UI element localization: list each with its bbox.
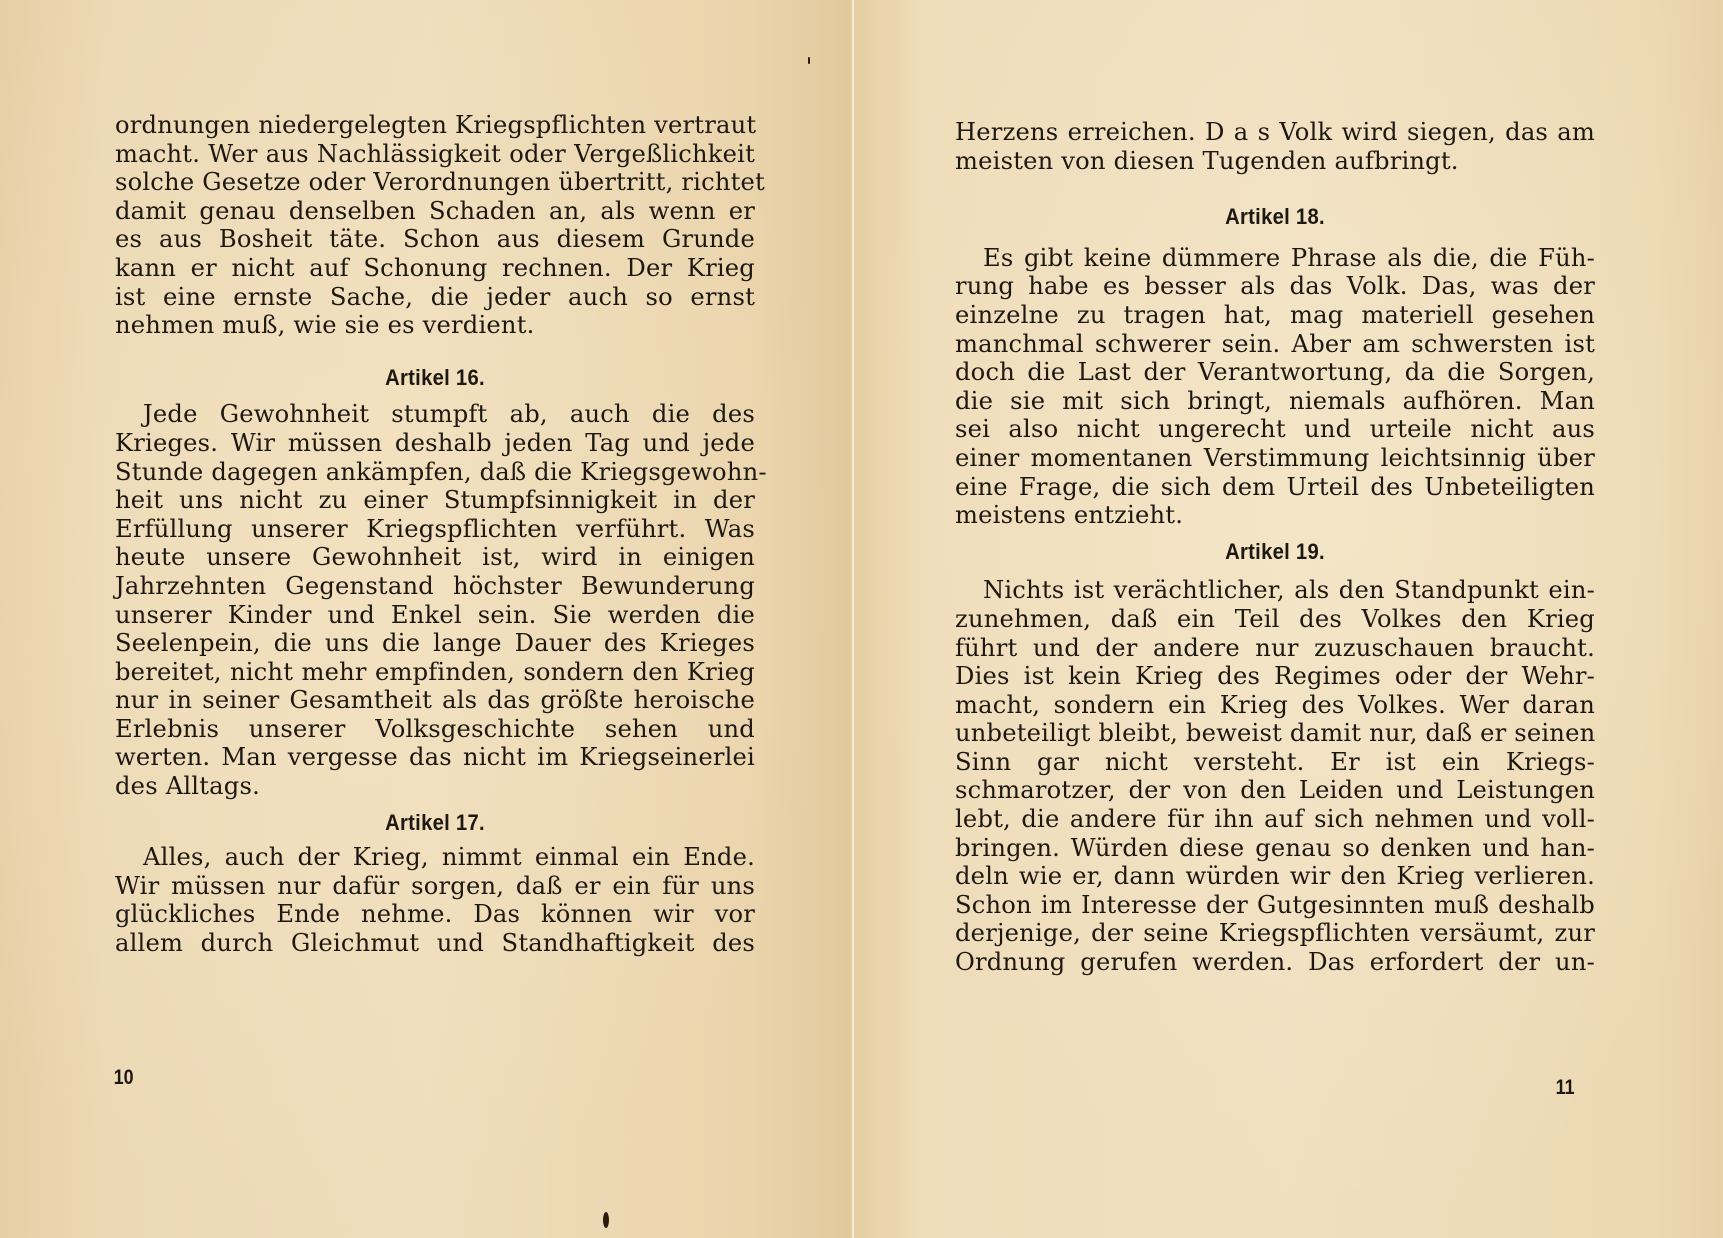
text-line: Ordnung gerufen werden. Das erfordert de… bbox=[955, 948, 1595, 977]
text-line: nur in seiner Gesamtheit als das größte … bbox=[115, 686, 755, 715]
text-line: einzelne zu tragen hat, mag materiell ge… bbox=[955, 301, 1595, 330]
article-heading-18: Artikel 18. bbox=[981, 203, 1570, 232]
text-line: bereitet, nicht mehr empfinden, sondern … bbox=[115, 658, 755, 687]
text-line: Erfüllung unserer Kriegspflichten verfüh… bbox=[115, 515, 755, 544]
text-line: macht. Wer aus Nachlässigkeit oder Verge… bbox=[115, 140, 755, 169]
text-line: Sinn gar nicht versteht. Er ist ein Krie… bbox=[955, 748, 1595, 777]
text-line: meistens entzieht. bbox=[955, 501, 1595, 530]
center-fold bbox=[851, 0, 855, 1238]
text-line: solche Gesetze oder Verordnungen übertri… bbox=[115, 168, 755, 197]
text-line: eine Frage, die sich dem Urteil des Unbe… bbox=[955, 473, 1595, 502]
text-line: sei also nicht ungerecht und urteile nic… bbox=[955, 415, 1595, 444]
right-page: Herzens erreichen. D a s Volk wird siege… bbox=[853, 0, 1723, 1238]
article-heading-16: Artikel 16. bbox=[141, 364, 730, 393]
article-heading-17: Artikel 17. bbox=[141, 809, 730, 838]
text-line: einer momentanen Verstimmung leichtsinni… bbox=[955, 444, 1595, 473]
text-line: unbeteiligt bleibt, beweist damit nur, d… bbox=[955, 719, 1595, 748]
text-line: Stunde dagegen ankämpfen, daß die Kriegs… bbox=[115, 458, 755, 487]
text-line: heit uns nicht zu einer Stumpfsinnigkeit… bbox=[115, 486, 755, 515]
text-line: nehmen muß, wie sie es verdient. bbox=[115, 311, 755, 340]
text-line: schmarotzer, der von den Leiden und Leis… bbox=[955, 776, 1595, 805]
text-line: ist eine ernste Sache, die jeder auch so… bbox=[115, 283, 755, 312]
text-line: werten. Man vergesse das nicht im Kriegs… bbox=[115, 743, 755, 772]
text-line: derjenige, der seine Kriegspflichten ver… bbox=[955, 919, 1595, 948]
text-line: des Alltags. bbox=[115, 772, 755, 801]
left-page: ordnungen niedergelegten Kriegspflichten… bbox=[0, 0, 853, 1238]
text-line: Erlebnis unserer Volksgeschichte sehen u… bbox=[115, 715, 755, 744]
text-line: lebt, die andere für ihn auf sich nehmen… bbox=[955, 805, 1595, 834]
text-line: rung habe es besser als das Volk. Das, w… bbox=[955, 272, 1595, 301]
text-line: damit genau denselben Schaden an, als we… bbox=[115, 197, 755, 226]
text-line: Dies ist kein Krieg des Regimes oder der… bbox=[955, 662, 1595, 691]
text-line: meisten von diesen Tugenden aufbringt. bbox=[955, 147, 1595, 176]
page-number-right: 11 bbox=[1556, 1076, 1575, 1100]
page-number-left: 10 bbox=[114, 1066, 134, 1090]
text-line: die sie mit sich bringt, niemals aufhöre… bbox=[955, 387, 1595, 416]
text-line: Jahrzehnten Gegenstand höchster Bewunder… bbox=[115, 572, 755, 601]
text-line: es aus Bosheit täte. Schon aus diesem Gr… bbox=[115, 225, 755, 254]
text-line: Krieges. Wir müssen deshalb jeden Tag un… bbox=[115, 429, 755, 458]
text-line: macht, sondern ein Krieg des Volkes. Wer… bbox=[955, 691, 1595, 720]
book-spread: ordnungen niedergelegten Kriegspflichten… bbox=[0, 0, 1723, 1238]
text-line: unserer Kinder und Enkel sein. Sie werde… bbox=[115, 601, 755, 630]
text-line: Wir müssen nur dafür sorgen, daß er ein … bbox=[115, 872, 755, 901]
text-line: kann er nicht auf Schonung rechnen. Der … bbox=[115, 254, 755, 283]
text-line: Nichts ist verächtlicher, als den Standp… bbox=[955, 576, 1595, 605]
text-line: glückliches Ende nehme. Das können wir v… bbox=[115, 900, 755, 929]
text-line: allem durch Gleichmut und Standhaftigkei… bbox=[115, 929, 755, 958]
text-line: deln wie er, dann würden wir den Krieg v… bbox=[955, 862, 1595, 891]
text-line: Herzens erreichen. D a s Volk wird siege… bbox=[955, 118, 1595, 147]
text-line: heute unsere Gewohnheit ist, wird in ein… bbox=[115, 543, 755, 572]
text-line: doch die Last der Verantwortung, da die … bbox=[955, 358, 1595, 387]
paper-blemish bbox=[808, 57, 810, 64]
text-line: Alles, auch der Krieg, nimmt einmal ein … bbox=[115, 843, 755, 872]
text-line: Schon im Interesse der Gutgesinnten muß … bbox=[955, 891, 1595, 920]
text-line: bringen. Würden diese genau so denken un… bbox=[955, 834, 1595, 863]
text-line: führt und der andere nur zuzuschauen bra… bbox=[955, 634, 1595, 663]
text-line: manchmal schwerer sein. Aber am schwerst… bbox=[955, 330, 1595, 359]
text-line: zunehmen, daß ein Teil des Volkes den Kr… bbox=[955, 605, 1595, 634]
article-heading-19: Artikel 19. bbox=[981, 538, 1570, 567]
left-page-text: ordnungen niedergelegten Kriegspflichten… bbox=[115, 111, 755, 958]
text-line: Seelenpein, die uns die lange Dauer des … bbox=[115, 629, 755, 658]
right-page-text: Herzens erreichen. D a s Volk wird siege… bbox=[955, 118, 1595, 977]
text-line: Es gibt keine dümmere Phrase als die, di… bbox=[955, 244, 1595, 273]
paper-blemish bbox=[603, 1212, 609, 1228]
text-line: ordnungen niedergelegten Kriegspflichten… bbox=[115, 111, 755, 140]
text-line: Jede Gewohnheit stumpft ab, auch die des bbox=[115, 400, 755, 429]
